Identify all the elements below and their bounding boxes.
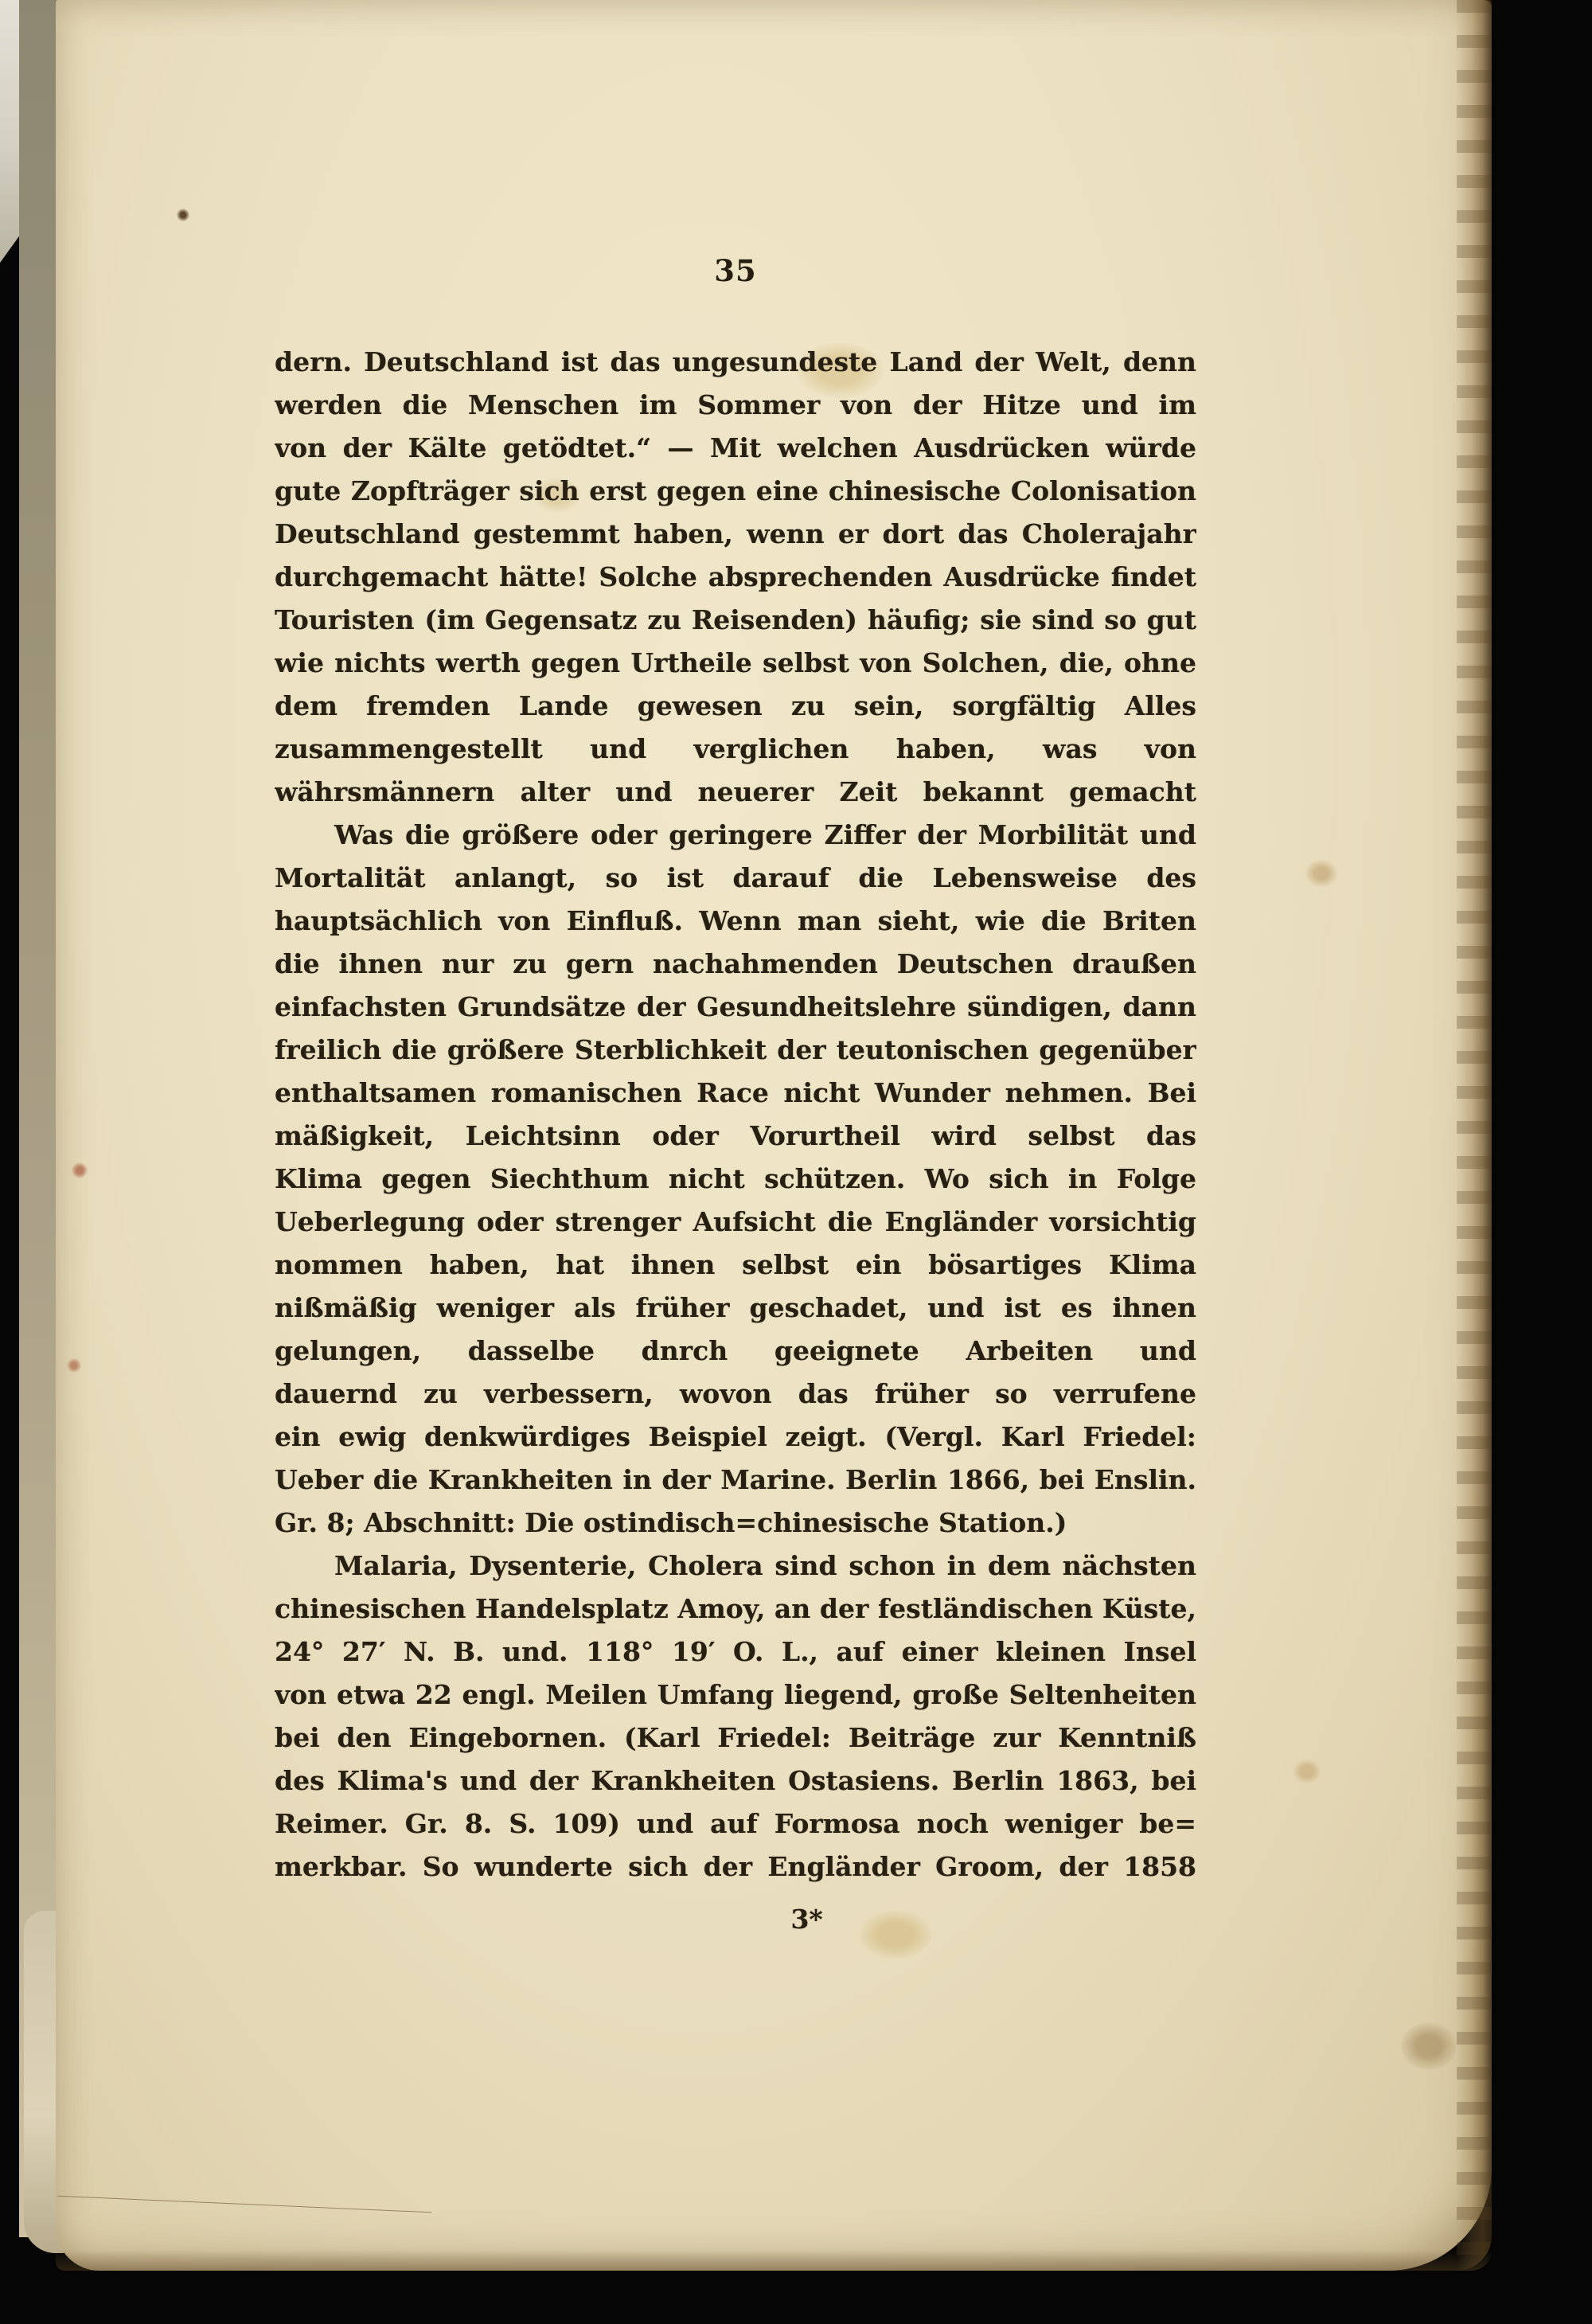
text-line: Was die größere oder geringere Ziffer de… (275, 814, 1196, 857)
foxing-spot (1401, 2022, 1457, 2070)
page-number: 35 (275, 253, 1196, 288)
text-line: gute Zopfträger sich erst gegen eine chi… (275, 470, 1196, 513)
text-line: dauernd zu verbessern, wovon das früher … (275, 1373, 1196, 1416)
text-line: durchgemacht hätte! Solche absprechenden… (275, 556, 1196, 599)
text-line: werden die Menschen im Sommer von der Hi… (275, 384, 1196, 427)
page-bottom-shadow (56, 2250, 1492, 2271)
foxing-spot (1305, 860, 1337, 887)
text-line: merkbar. So wunderte sich der Engländer … (275, 1846, 1196, 1888)
text-line: gelungen, dasselbe dnrch geeignete Arbei… (275, 1330, 1196, 1373)
text-line: enthaltsamen romanischen Race nicht Wund… (275, 1072, 1196, 1115)
foxing-spot (72, 1162, 88, 1178)
text-line: freilich die größere Sterblichkeit der t… (275, 1029, 1196, 1072)
foxing-spot (177, 209, 189, 221)
crease-line (57, 2196, 431, 2213)
paragraph: Malaria, Dysenterie, Cholera sind schon … (275, 1545, 1196, 1888)
text-line: 24° 27′ N. B. und. 118° 19′ O. L., auf e… (275, 1631, 1196, 1674)
text-line: von etwa 22 engl. Meilen Umfang liegend,… (275, 1674, 1196, 1717)
text-line: Malaria, Dysenterie, Cholera sind schon … (275, 1545, 1196, 1588)
text-line: Reimer. Gr. 8. S. 109) und auf Formosa n… (275, 1803, 1196, 1846)
paragraph: Was die größere oder geringere Ziffer de… (275, 814, 1196, 1545)
text-line: des Klima's und der Krankheiten Ostasien… (275, 1760, 1196, 1803)
text-line: währsmännern alter und neuerer Zeit beka… (275, 771, 1196, 814)
text-line: wie nichts werth gegen Urtheile selbst v… (275, 642, 1196, 685)
book-page: 35 dern. Deutschland ist das ungesundest… (56, 0, 1492, 2271)
text-line: Deutschland gestemmt haben, wenn er dort… (275, 513, 1196, 556)
text-line: Ueberlegung oder strenger Aufsicht die E… (275, 1201, 1196, 1244)
text-line: mäßigkeit, Leichtsinn oder Vorurtheil wi… (275, 1115, 1196, 1158)
text-line: bei den Eingebornen. (Karl Friedel: Beit… (275, 1717, 1196, 1760)
text-line: Ueber die Krankheiten in der Marine. Ber… (275, 1459, 1196, 1502)
text-line: Klima gegen Siechthum nicht schützen. Wo… (275, 1158, 1196, 1201)
text-line: nißmäßig weniger als früher geschadet, u… (275, 1287, 1196, 1330)
signature-mark: 3* (275, 1898, 1196, 1941)
book-scan: 35 dern. Deutschland ist das ungesundest… (0, 0, 1592, 2324)
text-line: einfachsten Grundsätze der Gesundheitsle… (275, 986, 1196, 1029)
text-line: Mortalität anlangt, so ist darauf die Le… (275, 857, 1196, 900)
paragraph: dern. Deutschland ist das ungesundeste L… (275, 341, 1196, 814)
text-line: zusammengestellt und verglichen haben, w… (275, 728, 1196, 771)
text-line: chinesischen Handelsplatz Amoy, an der f… (275, 1588, 1196, 1631)
foxing-spot (1293, 1760, 1321, 1783)
text-line: ein ewig denkwürdiges Beispiel zeigt. (V… (275, 1416, 1196, 1459)
text-block: dern. Deutschland ist das ungesundeste L… (275, 341, 1196, 1941)
text-line: dem fremden Lande gewesen zu sein, sorgf… (275, 685, 1196, 728)
foxing-spot (67, 1358, 81, 1373)
text-line: nommen haben, hat ihnen selbst ein bösar… (275, 1244, 1196, 1287)
text-line: von der Kälte getödtet.“ — Mit welchen A… (275, 427, 1196, 470)
text-line: Gr. 8; Abschnitt: Die ostindisch=chinesi… (275, 1502, 1196, 1545)
text-line: hauptsächlich von Einfluß. Wenn man sieh… (275, 900, 1196, 943)
text-line: die ihnen nur zu gern nachahmenden Deuts… (275, 943, 1196, 986)
text-line: Touristen (im Gegensatz zu Reisenden) hä… (275, 599, 1196, 642)
binding-edge (19, 0, 59, 2237)
text-line: dern. Deutschland ist das ungesundeste L… (275, 341, 1196, 384)
page-stack-edge (1457, 0, 1492, 2271)
